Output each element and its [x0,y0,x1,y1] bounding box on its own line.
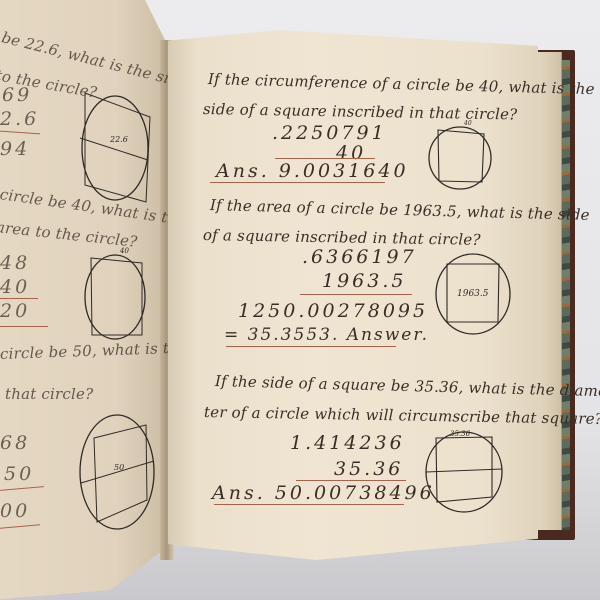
problem-1-answer: Ans. 9.0031640 [216,160,409,182]
left-num-1a: 69 [2,84,32,106]
left-figure-2: 40 [84,255,146,349]
svg-text:35.36: 35.36 [450,430,471,438]
red-rule [226,346,396,347]
left-num-3a: 68 [0,432,30,454]
problem-2-multiplicand: .6366197 [302,246,417,268]
red-rule [0,298,38,299]
problem-1-figure: 40 [428,120,494,196]
red-rule [275,158,375,159]
red-rule [296,480,406,481]
problem-3-multiplicand: 1.414236 [290,432,405,454]
left-figure-3: 50 [80,415,156,535]
problem-3-multiplier: 35.36 [334,458,403,480]
left-num-1c: 94 [0,138,30,160]
svg-text:22.6: 22.6 [109,135,128,144]
svg-text:1963.5: 1963.5 [457,289,489,299]
svg-text:40: 40 [463,120,472,127]
left-num-1b: 2.6 [0,108,39,130]
red-rule [300,294,412,295]
left-figure-1: 22.6 [80,90,152,206]
left-num-2b: 40 [0,276,30,298]
problem-1-multiplicand: .2250791 [272,122,387,144]
problem-2-figure: 1963.5 [435,254,511,338]
svg-text:50: 50 [114,463,124,472]
red-rule [210,182,385,183]
problem-3-answer: Ans. 50.00738496 [212,482,435,504]
problem-2-answer: = 35.3553. Answer. [224,325,429,345]
left-num-2a: 48 [0,252,30,274]
red-rule [0,326,48,327]
problem-2-multiplier: 1963.5 [322,270,406,292]
problem-2-product: 1250.00278095 [238,300,428,322]
left-num-3b: 50 [4,463,34,485]
left-num-3c: 00 [0,500,30,522]
left-question-3b: that circle? [5,385,93,403]
problem-3-figure: 35.36 [425,425,503,517]
left-num-2c: 20 [0,300,30,322]
svg-text:40: 40 [119,247,129,255]
red-rule [214,504,404,505]
